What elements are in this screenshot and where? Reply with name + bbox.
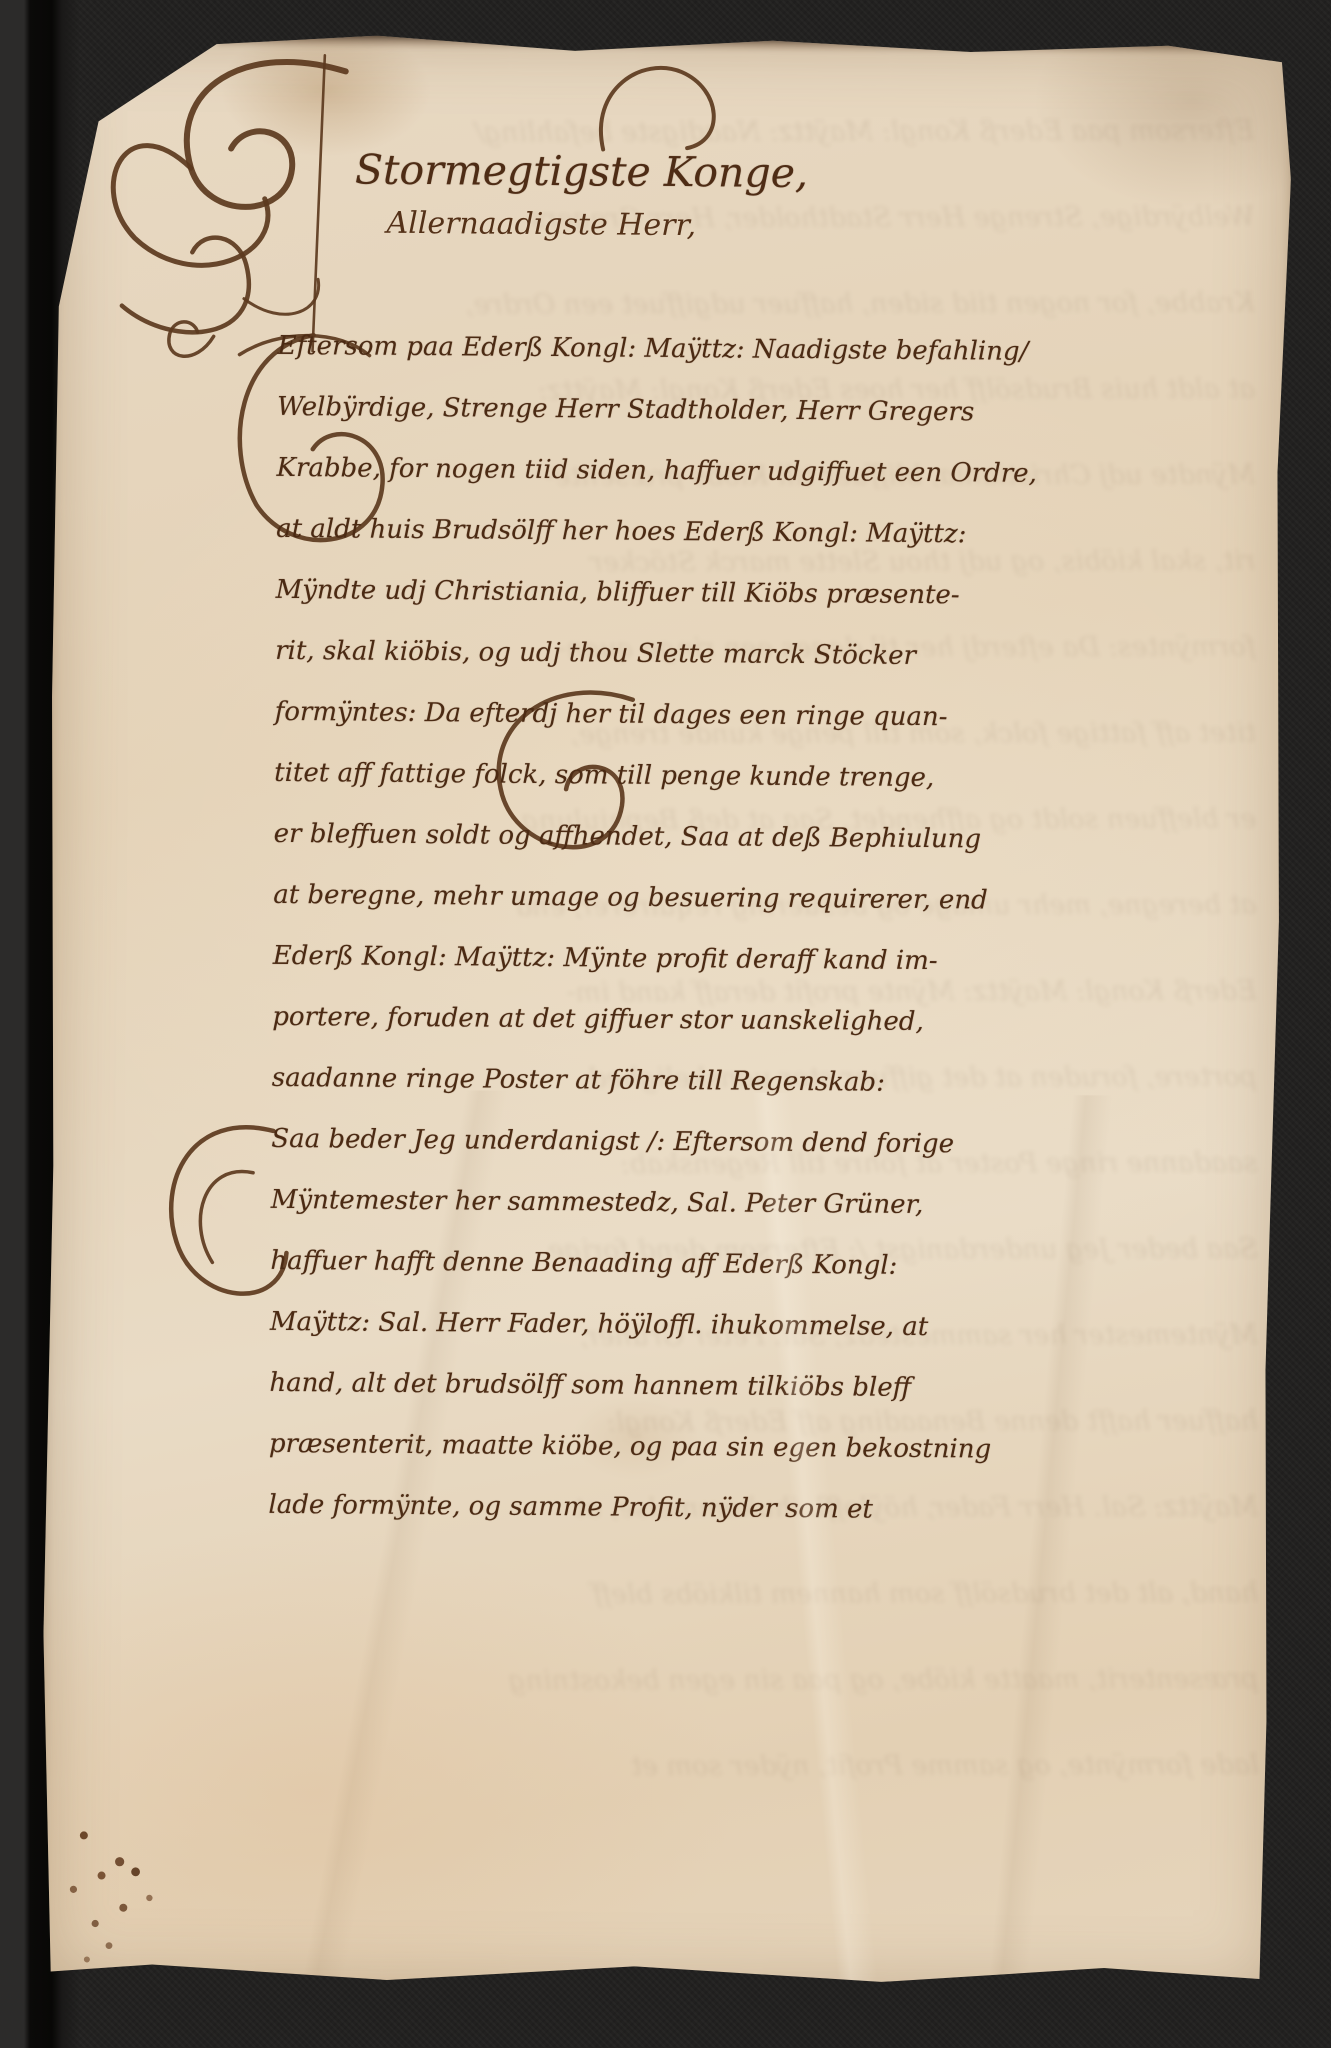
manuscript-photograph: Eftersom paa Ederß Kongl: Maÿttz: Naadig… [0, 0, 1331, 2048]
manuscript-line: at aldt huis Brudsölff her hoes Ederß Ko… [276, 514, 1056, 581]
manuscript-line: præsenterit, maatte kiöbe, og paa sin eg… [269, 1429, 1049, 1496]
manuscript-line: haffuer hafft denne Benaading aff Ederß … [270, 1246, 1050, 1313]
manuscript-line: Ederß Kongl: Maÿttz: Mÿnte profit deraff… [272, 941, 1052, 1008]
ghost-line: præsenterit, maatte kiöbe, og paa sin eg… [68, 1636, 1258, 1725]
manuscript-line: formÿntes: Da efterdj her til dages een … [274, 697, 1054, 764]
manuscript-line: lade formÿnte, og samme Profit, nÿder so… [268, 1490, 1048, 1557]
manuscript-line: er bleffuen soldt og affhendet, Saa at d… [273, 819, 1053, 886]
manuscript-line: Maÿttz: Sal. Herr Fader, höÿloffl. ihuko… [270, 1307, 1050, 1374]
manuscript-line: rit, skal kiöbis, og udj thou Slette mar… [275, 636, 1055, 703]
salutation-line-2: Allernaadigste Herr, [386, 206, 696, 243]
manuscript-line: titet aff fattige folck, som till penge … [274, 758, 1054, 825]
ghost-line: hand, alt det brudsölff som hannem tilki… [68, 1550, 1258, 1639]
manuscript-line: saadanne ringe Poster at föhre till Rege… [271, 1063, 1051, 1130]
manuscript-line: at beregne, mehr umage og besuering requ… [273, 880, 1053, 947]
manuscript-line: Mÿntemester her sammestedz, Sal. Peter G… [271, 1185, 1051, 1252]
manuscript-page: Eftersom paa Ederß Kongl: Maÿttz: Naadig… [41, 33, 1292, 1995]
letter-body: Eftersom paa Ederß Kongl: Maÿttz: Naadig… [268, 331, 1058, 1557]
manuscript-line: portere, foruden at det giffuer stor uan… [272, 1002, 1052, 1069]
manuscript-line: Saa beder Jeg underdanigst /: Eftersom d… [271, 1124, 1051, 1191]
manuscript-line: hand, alt det brudsölff som hannem tilki… [269, 1368, 1049, 1435]
manuscript-line: Eftersom paa Ederß Kongl: Maÿttz: Naadig… [277, 331, 1057, 398]
manuscript-line: Welbÿrdige, Strenge Herr Stadtholder, He… [277, 392, 1057, 459]
ink-spatter [60, 1825, 64, 1829]
salutation-line-1: Stormegtigste Konge, [355, 145, 808, 197]
manuscript-line: Mÿndte udj Christiania, bliffuer till Ki… [275, 575, 1055, 642]
monogram-flourish [93, 47, 360, 373]
manuscript-line: Krabbe, for nogen tiid siden, haffuer ud… [276, 453, 1056, 520]
ghost-line: lade formÿnte, og samme Profit, nÿder so… [69, 1722, 1259, 1811]
